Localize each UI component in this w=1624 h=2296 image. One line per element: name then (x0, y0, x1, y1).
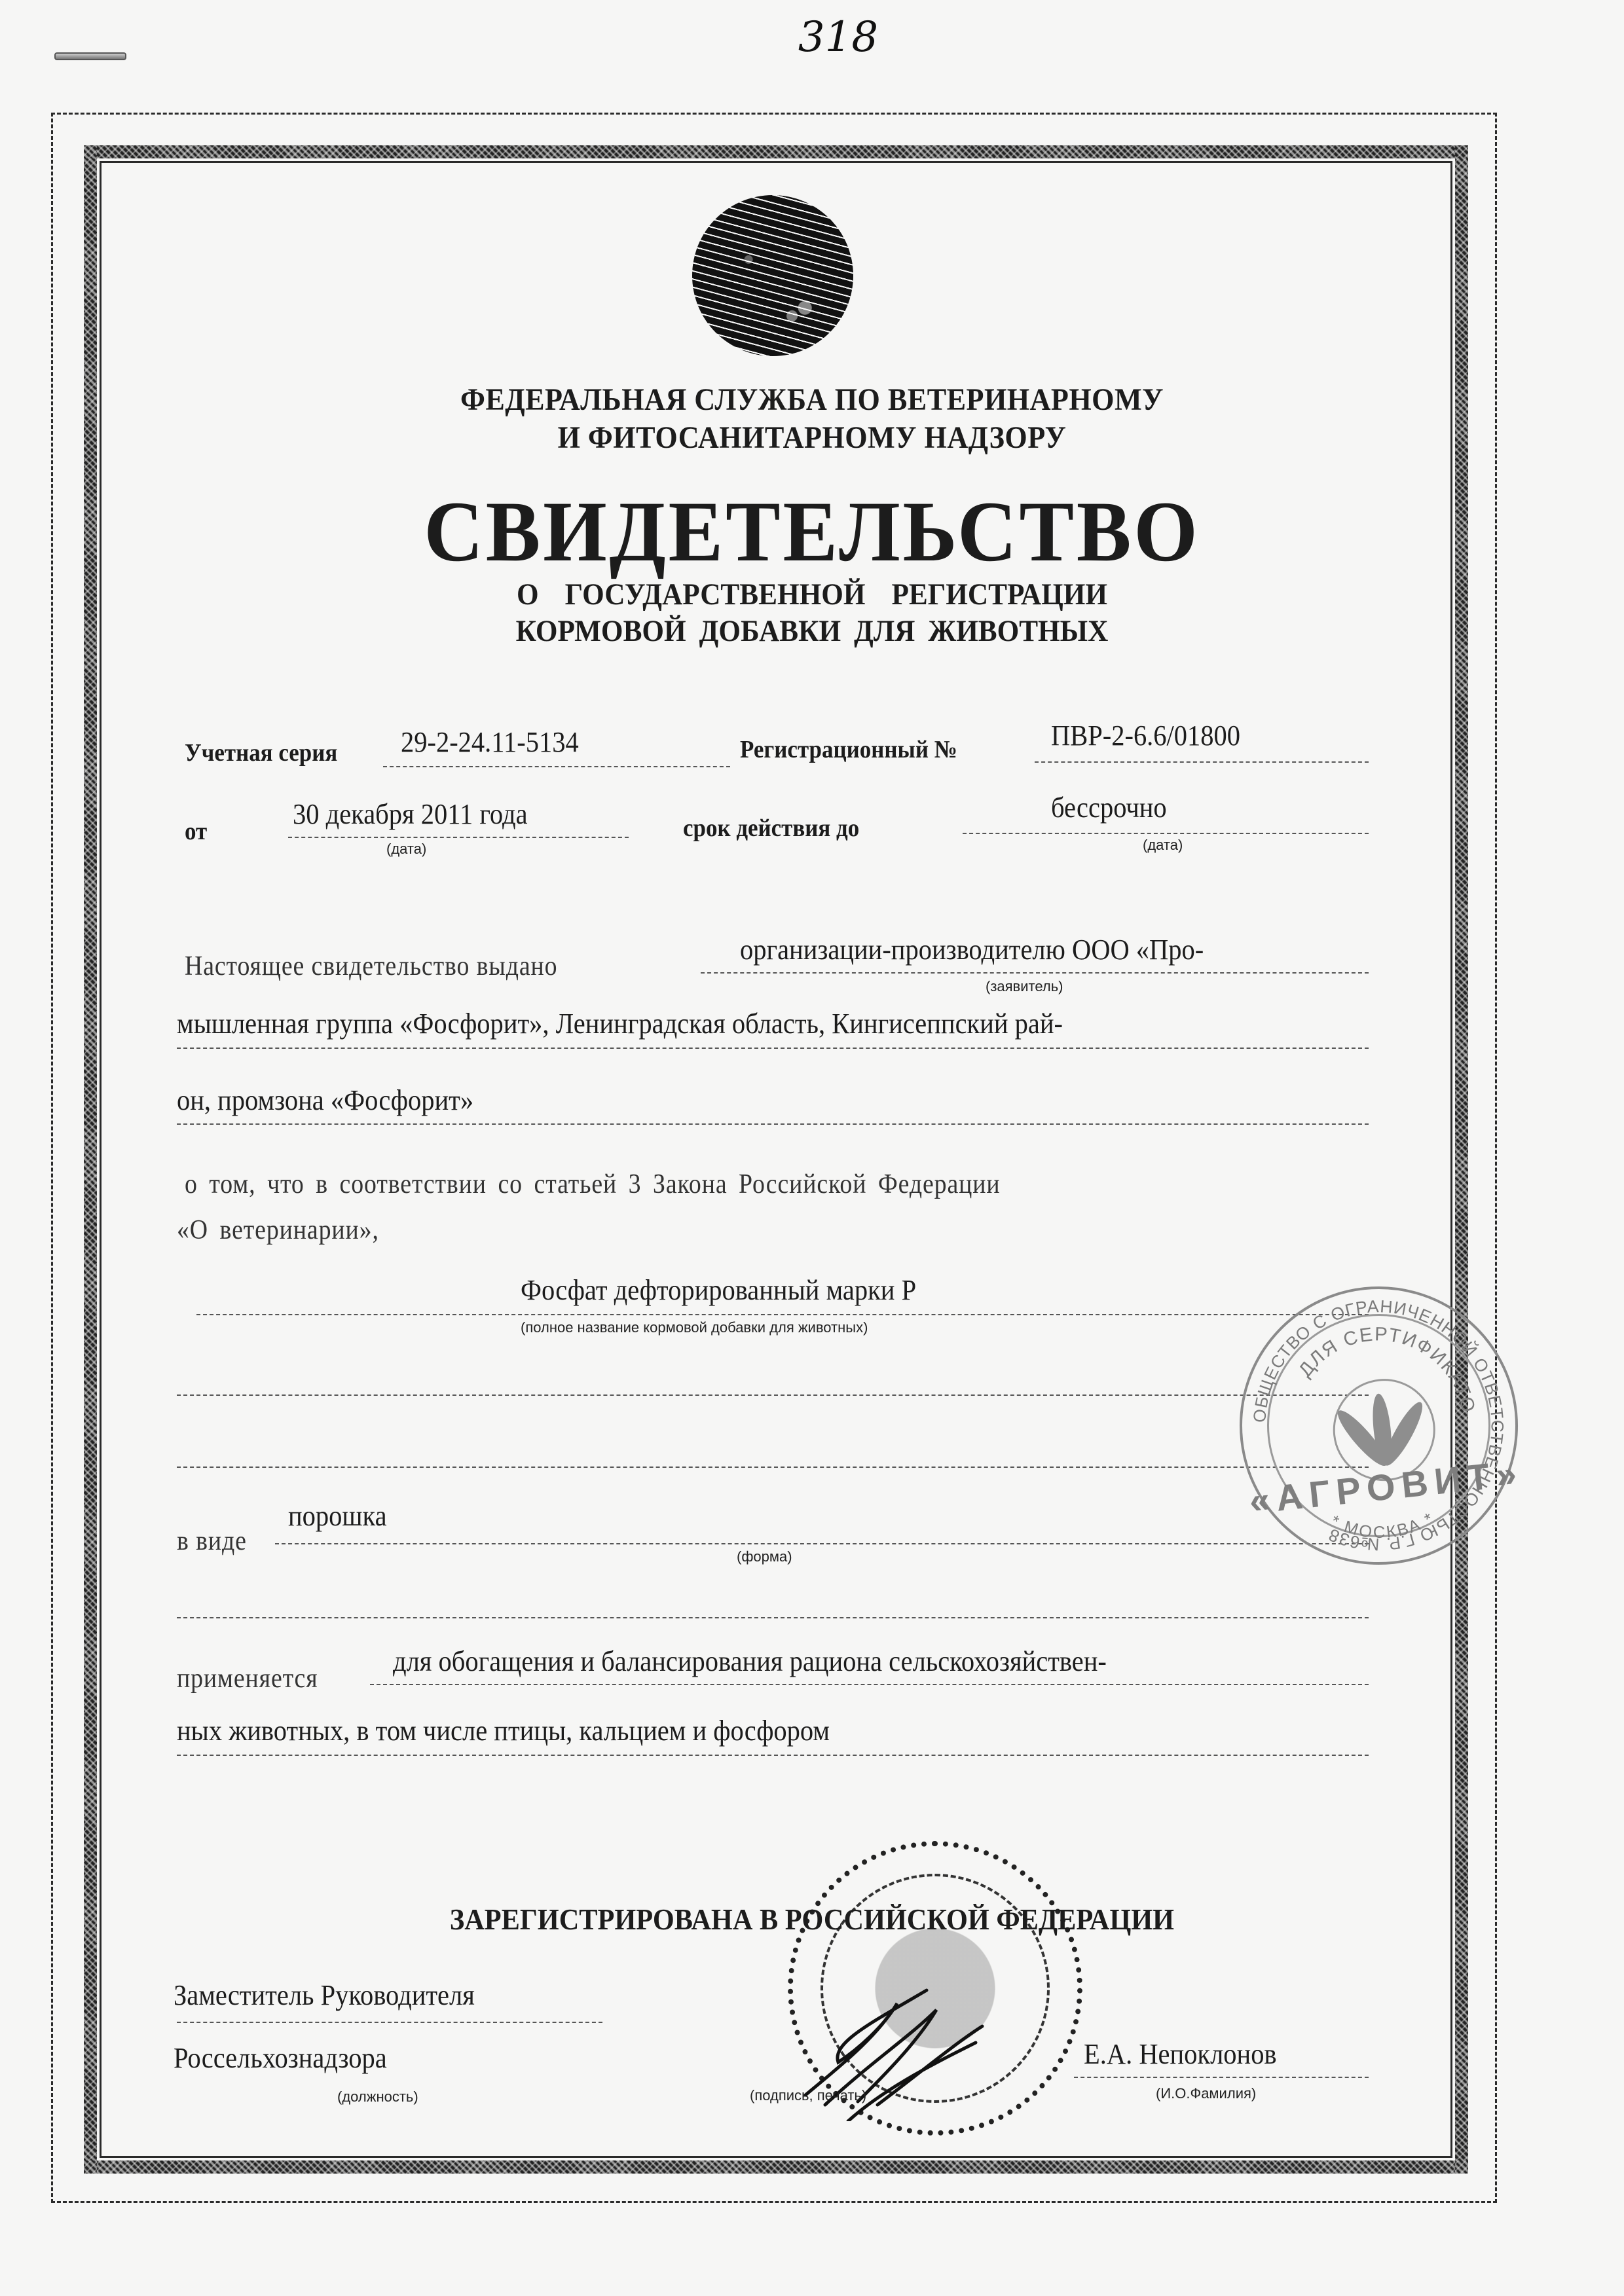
applicant-underline-3 (177, 1123, 1369, 1125)
applicant-line-2: мышленная группа «Фосфорит», Ленинградск… (177, 1007, 1063, 1040)
applicant-underline-1 (701, 972, 1369, 974)
applicant-line-1: организации-производителю ООО «Про- (740, 933, 1204, 966)
product-name: Фосфат дефторированный марки Р (521, 1273, 916, 1307)
legal-basis-line-1: о том, что в соответствии со статьей 3 З… (185, 1169, 1001, 1200)
issuing-agency: ФЕДЕРАЛЬНАЯ СЛУЖБА ПО ВЕТЕРИНАРНОМУ И ФИ… (65, 381, 1559, 457)
stamp-ring-text: ОБЩЕСТВО С ОГРАНИЧЕННОЙ ОТВЕТСТВЕННОСТЬЮ… (1228, 1275, 1528, 1575)
validity-hint: (дата) (1143, 837, 1183, 854)
position-line-2: Россельхознадзора (174, 2041, 387, 2075)
applicant-line-3: он, промзона «Фосфорит» (177, 1084, 473, 1117)
inner-border-line (100, 161, 1452, 2158)
validity-value: бессрочно (1051, 791, 1167, 824)
product-name-hint: (полное название кормовой добавки для жи… (521, 1319, 868, 1336)
issued-label: Настоящее свидетельство выдано (185, 951, 557, 982)
legal-basis-line-2: «О ветеринарии», (177, 1214, 379, 1246)
usage-line-2: ных животных, в том числе птицы, кальцие… (177, 1714, 830, 1747)
signer-hint: (И.О.Фамилия) (1156, 2085, 1256, 2102)
date-prefix: от (185, 817, 207, 846)
blank-line-2 (177, 1467, 1369, 1468)
issue-date-hint: (дата) (386, 841, 426, 858)
position-line-1: Заместитель Руководителя (174, 1978, 475, 2012)
series-underline (383, 766, 730, 767)
validity-underline (963, 833, 1369, 834)
staple-mark (54, 52, 126, 60)
registration-number-underline (1035, 761, 1369, 763)
series-value: 29-2-24.11-5134 (401, 725, 579, 759)
series-label: Учетная серия (185, 738, 337, 767)
usage-line-1: для обогащения и балансирования рациона … (393, 1645, 1107, 1678)
signer-name: Е.А. Непоклонов (1084, 2037, 1277, 2071)
signature-hint: (подпись, печать) (750, 2087, 866, 2104)
usage-underline-1 (370, 1684, 1369, 1685)
position-underline (177, 2022, 602, 2023)
blank-line-1 (177, 1394, 1369, 1396)
usage-label: применяется (177, 1663, 318, 1694)
subtitle-line-2: КОРМОВОЙ ДОБАВКИ ДЛЯ ЖИВОТНЫХ (65, 613, 1559, 649)
registered-in-russia: ЗАРЕГИСТРИРОВАНА В РОССИЙСКОЙ ФЕДЕРАЦИИ (65, 1902, 1559, 1937)
form-underline (275, 1543, 1369, 1544)
issue-date-value: 30 декабря 2011 года (293, 797, 528, 831)
validity-label: срок действия до (683, 814, 859, 843)
handwritten-page-number: 318 (779, 13, 897, 62)
product-name-underline (196, 1314, 1369, 1315)
form-hint: (форма) (737, 1548, 792, 1565)
blank-line-3 (177, 1617, 1369, 1618)
applicant-hint: (заявитель) (986, 978, 1063, 995)
applicant-underline-2 (177, 1048, 1369, 1049)
form-value: порошка (288, 1499, 387, 1533)
subtitle-line-1: О ГОСУДАРСТВЕННОЙ РЕГИСТРАЦИИ (65, 576, 1559, 613)
position-hint: (должность) (337, 2088, 418, 2105)
document-title: СВИДЕТЕЛЬСТВО (41, 481, 1583, 581)
document-subtitle: О ГОСУДАРСТВЕННОЙ РЕГИСТРАЦИИ КОРМОВОЙ Д… (65, 576, 1559, 649)
coat-of-arms-emblem-icon (692, 195, 853, 356)
agrovit-certification-stamp: ОБЩЕСТВО С ОГРАНИЧЕННОЙ ОТВЕТСТВЕННОСТЬЮ… (1226, 1273, 1532, 1578)
form-label: в виде (177, 1525, 247, 1557)
usage-underline-2 (177, 1755, 1369, 1756)
registration-number-value: ПВР-2-6.6/01800 (1051, 719, 1240, 752)
agency-line-2: И ФИТОСАНИТАРНОМУ НАДЗОРУ (65, 419, 1559, 457)
registration-number-label: Регистрационный № (740, 735, 957, 764)
issue-date-underline (288, 837, 629, 838)
signer-underline (1074, 2077, 1369, 2078)
agency-line-1: ФЕДЕРАЛЬНАЯ СЛУЖБА ПО ВЕТЕРИНАРНОМУ (65, 381, 1559, 419)
